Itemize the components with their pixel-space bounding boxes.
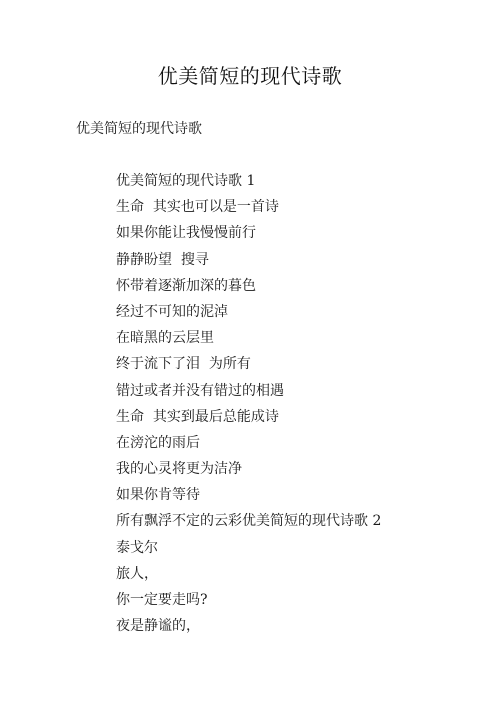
poem-line: 静静盼望 搜寻 xyxy=(116,247,381,273)
poem-line: 经过不可知的泥淖 xyxy=(116,299,381,325)
document-title: 优美简短的现代诗歌 xyxy=(0,60,500,89)
poem-line: 错过或者并没有错过的相遇 xyxy=(116,378,381,404)
poem-line: 如果你肯等待 xyxy=(116,482,381,508)
poem-line: 在暗黑的云层里 xyxy=(116,325,381,351)
poem-line: 怀带着逐渐加深的暮色 xyxy=(116,273,381,299)
poem-line: 所有飘浮不定的云彩优美简短的现代诗歌 2 xyxy=(116,508,381,534)
poem-line: 生命 其实也可以是一首诗 xyxy=(116,194,381,220)
poem-line: 夜是静谧的， xyxy=(116,613,381,639)
poem-line: 生命 其实到最后总能成诗 xyxy=(116,404,381,430)
poem-line: 我的心灵将更为洁净 xyxy=(116,456,381,482)
poem-line: 如果你能让我慢慢前行 xyxy=(116,220,381,246)
poem-line: 在滂沱的雨后 xyxy=(116,430,381,456)
poem-line: 你一定要走吗? xyxy=(116,587,381,613)
poem-line: 终于流下了泪 为所有 xyxy=(116,351,381,377)
document-page: 优美简短的现代诗歌 优美简短的现代诗歌 优美简短的现代诗歌 1 生命 其实也可以… xyxy=(0,0,500,707)
poem-line: 泰戈尔 xyxy=(116,535,381,561)
poem-line: 旅人， xyxy=(116,561,381,587)
poem-body: 优美简短的现代诗歌 1 生命 其实也可以是一首诗 如果你能让我慢慢前行 静静盼望… xyxy=(116,168,381,639)
document-subtitle: 优美简短的现代诗歌 xyxy=(76,118,202,138)
poem-line: 优美简短的现代诗歌 1 xyxy=(116,168,381,194)
